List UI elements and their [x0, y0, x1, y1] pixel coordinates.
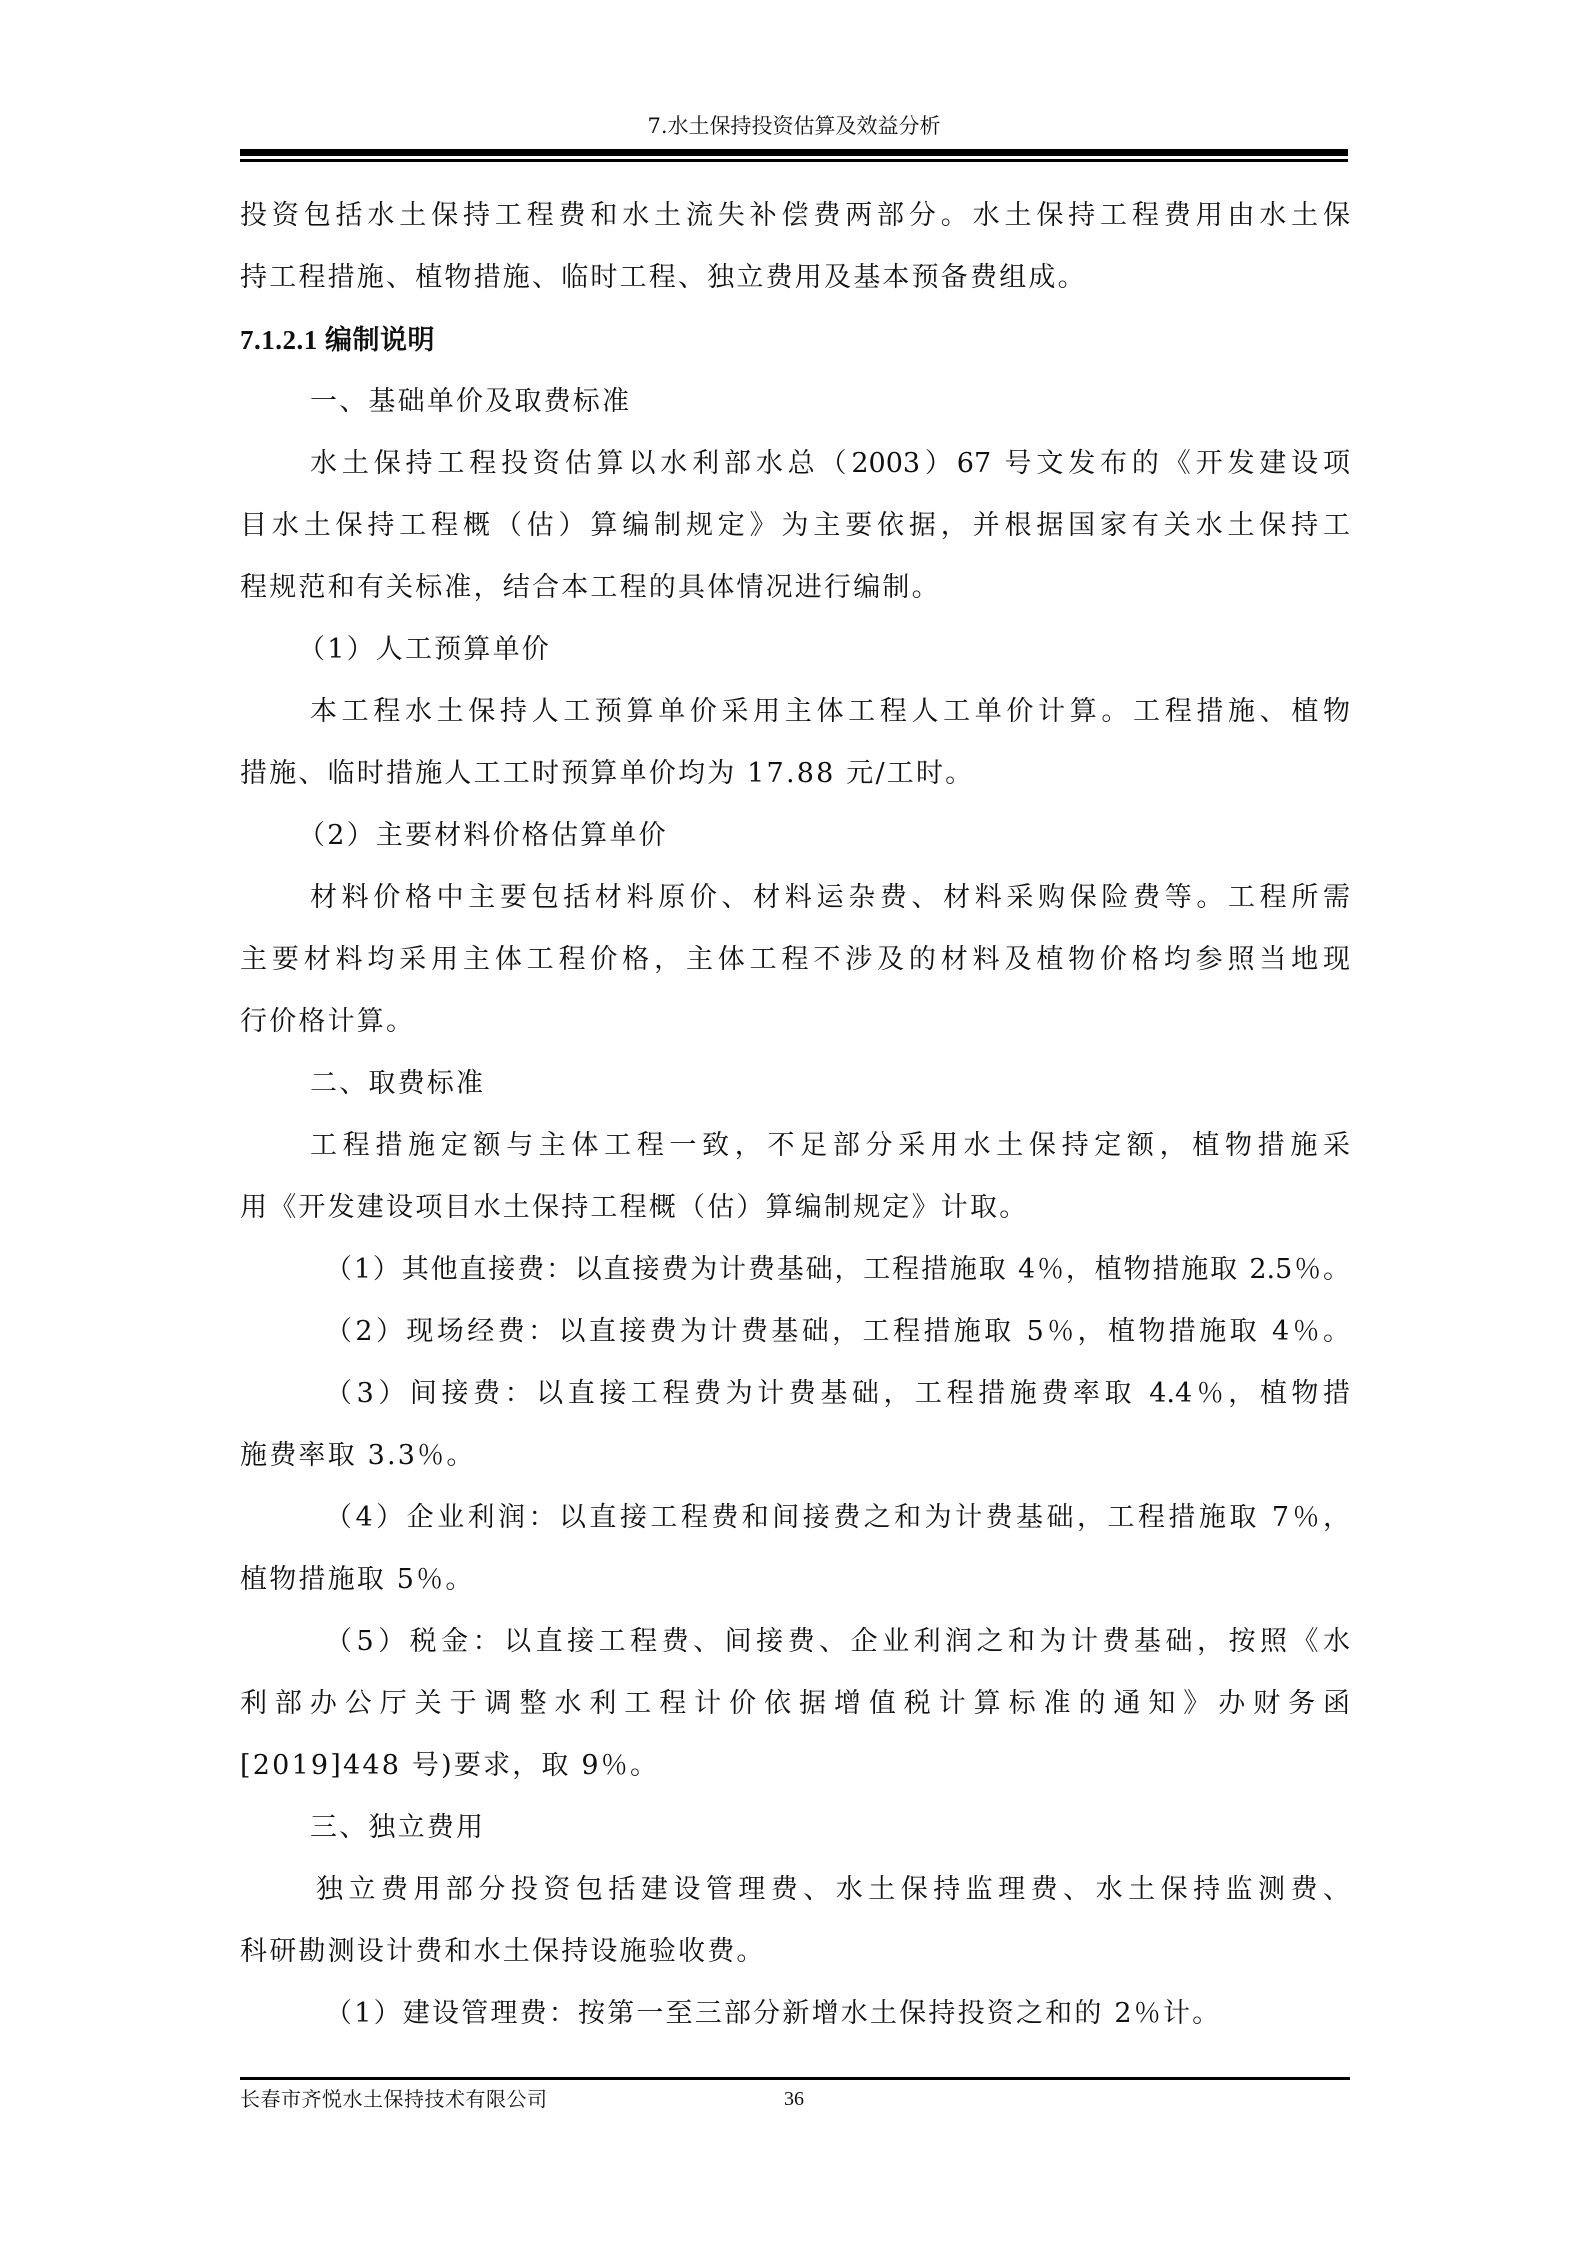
item-heading: （1）人工预算单价	[240, 619, 1350, 681]
paragraph-line: 施费率取 3.3％。	[240, 1425, 1350, 1487]
fee-item: （1）建设管理费：按第一至三部分新增水土保持投资之和的 2％计。	[240, 1983, 1350, 2045]
paragraph-line: 利部办公厅关于调整水利工程计价依据增值税计算标准的通知》办财务函	[240, 1673, 1350, 1735]
body-text: 投资包括水土保持工程费和水土流失补偿费两部分。水土保持工程费用由水土保 持工程措…	[240, 185, 1350, 2045]
fee-item: （1）其他直接费：以直接费为计费基础，工程措施取 4％，植物措施取 2.5％。	[240, 1239, 1350, 1301]
paragraph-line: 行价格计算。	[240, 991, 1350, 1053]
paragraph-line: 措施、临时措施人工工时预算单价均为 17.88 元/工时。	[240, 743, 1350, 805]
item-heading: （2）主要材料价格估算单价	[240, 805, 1350, 867]
section-heading: 7.1.2.1 编制说明	[240, 309, 1350, 371]
running-header-title: 7.水土保持投资估算及效益分析	[240, 112, 1348, 140]
paragraph-line: 程规范和有关标准，结合本工程的具体情况进行编制。	[240, 557, 1350, 619]
paragraph-line: 投资包括水土保持工程费和水土流失补偿费两部分。水土保持工程费用由水土保	[240, 185, 1350, 247]
fee-item: （3）间接费：以直接工程费为计费基础，工程措施费率取 4.4％，植物措	[240, 1363, 1350, 1425]
paragraph-line: 主要材料均采用主体工程价格，主体工程不涉及的材料及植物价格均参照当地现	[240, 929, 1350, 991]
paragraph-line: 材料价格中主要包括材料原价、材料运杂费、材料采购保险费等。工程所需	[240, 867, 1350, 929]
paragraph-line: 用《开发建设项目水土保持工程概（估）算编制规定》计取。	[240, 1177, 1350, 1239]
paragraph-line: 工程措施定额与主体工程一致，不足部分采用水土保持定额，植物措施采	[240, 1115, 1350, 1177]
footer-rule	[240, 2077, 1350, 2080]
paragraph-line: 水土保持工程投资估算以水利部水总（2003）67 号文发布的《开发建设项	[240, 433, 1350, 495]
paragraph-line: 本工程水土保持人工预算单价采用主体工程人工单价计算。工程措施、植物	[240, 681, 1350, 743]
fee-item: （4）企业利润：以直接工程费和间接费之和为计费基础，工程措施取 7％，	[240, 1487, 1350, 1549]
fee-item: （5）税金：以直接工程费、间接费、企业利润之和为计费基础，按照《水	[240, 1611, 1350, 1673]
document-page: 7.水土保持投资估算及效益分析 投资包括水土保持工程费和水土流失补偿费两部分。水…	[0, 0, 1587, 2245]
subsection-heading: 一、基础单价及取费标准	[240, 371, 1350, 433]
fee-item: （2）现场经费：以直接费为计费基础，工程措施取 5％，植物措施取 4％。	[240, 1301, 1350, 1363]
paragraph-line: 独立费用部分投资包括建设管理费、水土保持监理费、水土保持监测费、	[240, 1859, 1350, 1921]
paragraph-line: 科研勘测设计费和水土保持设施验收费。	[240, 1921, 1350, 1983]
subsection-heading: 三、独立费用	[240, 1797, 1350, 1859]
header-rule-thick	[240, 149, 1348, 156]
paragraph-line: [2019]448 号)要求，取 9％。	[240, 1735, 1350, 1797]
subsection-heading: 二、取费标准	[240, 1053, 1350, 1115]
page-number: 36	[494, 2085, 1094, 2113]
paragraph-line: 植物措施取 5％。	[240, 1549, 1350, 1611]
header-rule-thin	[240, 159, 1348, 162]
paragraph-line: 持工程措施、植物措施、临时工程、独立费用及基本预备费组成。	[240, 247, 1350, 309]
paragraph-line: 目水土保持工程概（估）算编制规定》为主要依据，并根据国家有关水土保持工	[240, 495, 1350, 557]
